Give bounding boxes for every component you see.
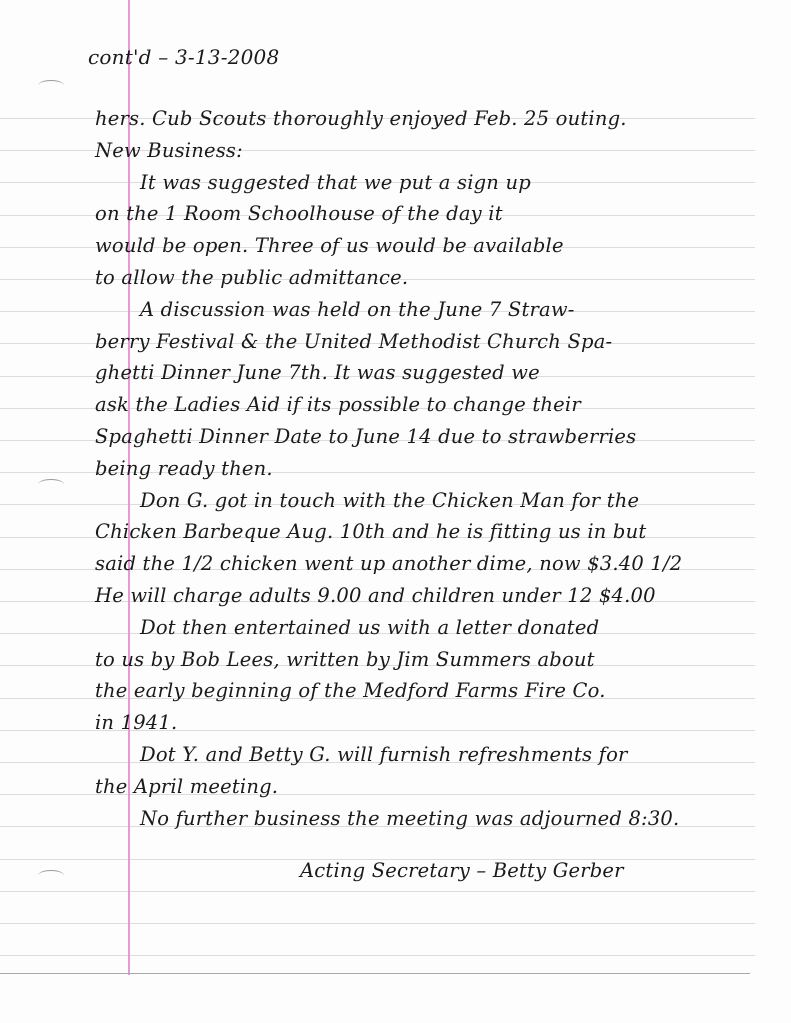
hole-punch-mark-icon	[38, 80, 64, 91]
minutes-line: Don G. got in touch with the Chicken Man…	[140, 488, 639, 514]
minutes-line: Dot Y. and Betty G. will furnish refresh…	[140, 742, 628, 768]
minutes-line: to us by Bob Lees, written by Jim Summer…	[95, 647, 595, 673]
hole-punch-mark-icon	[38, 870, 64, 881]
minutes-line: It was suggested that we put a sign up	[140, 170, 531, 196]
minutes-line: on the 1 Room Schoolhouse of the day it	[95, 201, 503, 227]
ruled-line	[0, 955, 755, 956]
minutes-line: would be open. Three of us would be avai…	[95, 233, 564, 259]
page-bottom-edge	[0, 973, 750, 974]
minutes-line: berry Festival & the United Methodist Ch…	[95, 329, 612, 355]
minutes-line: Chicken Barbeque Aug. 10th and he is fit…	[95, 519, 646, 545]
minutes-line: ask the Ladies Aid if its possible to ch…	[95, 392, 581, 418]
minutes-line: Dot then entertained us with a letter do…	[140, 615, 599, 641]
minutes-line: said the 1/2 chicken went up another dim…	[95, 551, 682, 577]
hole-punch-mark-icon	[38, 479, 64, 490]
notebook-page: cont'd – 3-13-2008 hers. Cub Scouts thor…	[0, 0, 791, 1023]
minutes-line: the April meeting.	[95, 774, 278, 800]
ruled-line	[0, 891, 755, 892]
signature-line: Acting Secretary – Betty Gerber	[300, 858, 624, 884]
continued-date-header: cont'd – 3-13-2008	[88, 44, 279, 70]
minutes-line: New Business:	[95, 138, 243, 164]
minutes-line: ghetti Dinner June 7th. It was suggested…	[95, 360, 540, 386]
minutes-line: in 1941.	[95, 710, 177, 736]
ruled-line	[0, 923, 755, 924]
minutes-line: He will charge adults 9.00 and children …	[95, 583, 656, 609]
minutes-line: Spaghetti Dinner Date to June 14 due to …	[95, 424, 636, 450]
minutes-line: to allow the public admittance.	[95, 265, 408, 291]
minutes-line: No further business the meeting was adjo…	[140, 806, 679, 832]
minutes-line: the early beginning of the Medford Farms…	[95, 678, 606, 704]
minutes-line: A discussion was held on the June 7 Stra…	[140, 297, 575, 323]
minutes-line: hers. Cub Scouts thoroughly enjoyed Feb.…	[95, 106, 627, 132]
minutes-line: being ready then.	[95, 456, 273, 482]
